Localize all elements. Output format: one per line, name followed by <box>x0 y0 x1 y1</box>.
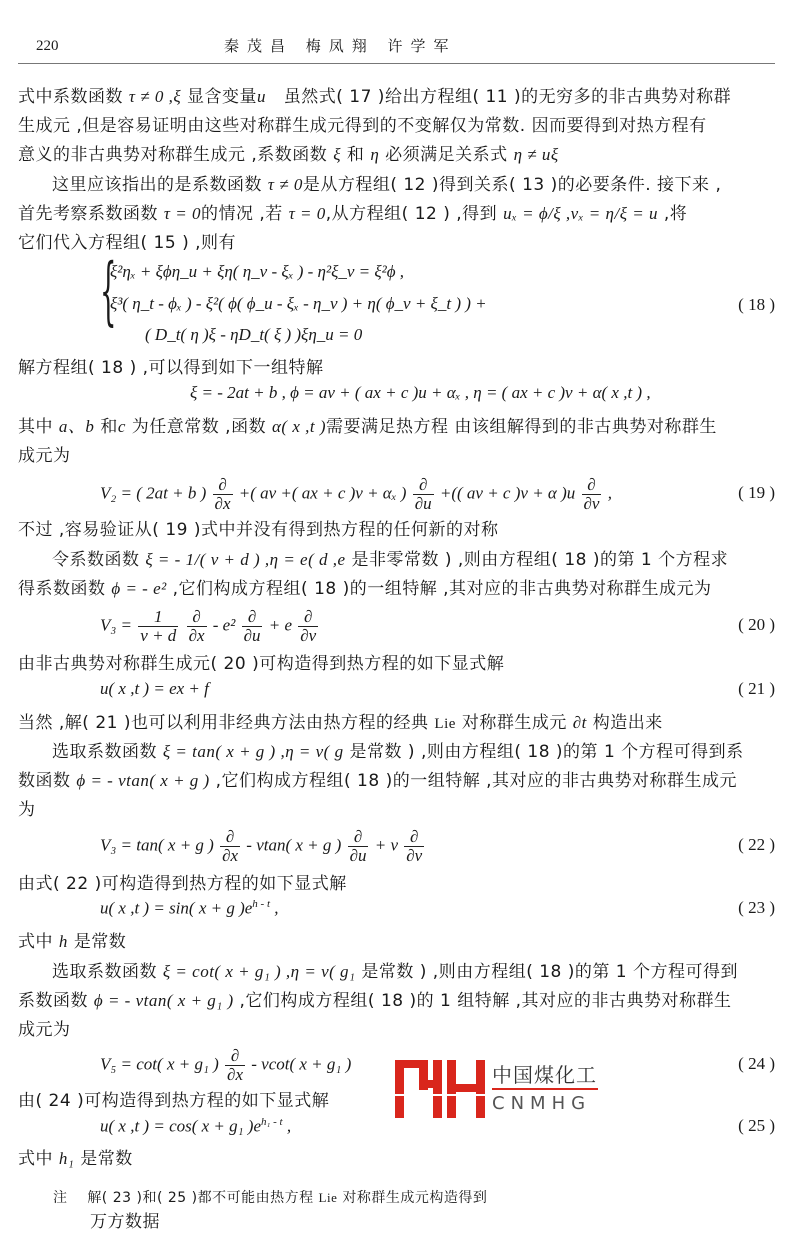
partial-v-fraction: ∂∂v <box>582 476 602 513</box>
watermark-chinese-text: 中国煤化工 <box>492 1059 597 1088</box>
partial-x-fraction: ∂∂x <box>187 608 207 645</box>
partial-v-fraction: ∂∂v <box>298 608 318 645</box>
partial-v-fraction: ∂∂v <box>404 828 424 865</box>
eq18-line-2: ξ³( η_t - ϕₓ ) - ξ²( ϕ( ϕ_u - ξₓ - η_v )… <box>110 294 487 314</box>
paragraph-6-line-2: 得系数函数 ϕ = - e² ,它们构成方程组( 18 )的一组特解 ,其对应的… <box>18 574 712 599</box>
watermark-divider <box>492 1088 598 1090</box>
running-header-authors: 秦茂昌 梅凤翔 许学军 <box>224 35 457 56</box>
source-wanfang: 万方数据 <box>90 1207 160 1232</box>
partial-u-fraction: ∂∂u <box>242 608 263 645</box>
paragraph-10: 由式( 22 )可构造得到热方程的如下显式解 <box>18 869 347 894</box>
paragraph-5: 不过 ,容易验证从( 19 )式中并没有得到热方程的任何新的对称 <box>18 515 499 540</box>
paragraph-2-line-3: 它们代入方程组( 15 ) ,则有 <box>18 228 236 253</box>
eq18-line-1: ξ²ηₓ + ξϕη_u + ξη( η_v - ξₓ ) - η²ξ_v = … <box>110 262 404 282</box>
paragraph-9-line-2: 数函数 ϕ = - vtan( x + g ) ,它们构成方程组( 18 )的一… <box>18 766 737 791</box>
paragraph-12-line-3: 成元为 <box>18 1015 71 1040</box>
paragraph-11: 式中 h 是常数 <box>18 927 126 952</box>
equation-number-25: ( 25 ) <box>738 1116 775 1136</box>
paragraph-1-line-3: 意义的非古典势对称群生成元 ,系数函数 ξ 和 η 必须满足关系式 η ≠ uξ <box>18 140 559 165</box>
equation-number-22: ( 22 ) <box>738 835 775 855</box>
paragraph-13: 由( 24 )可构造得到热方程的如下显式解 <box>18 1086 329 1111</box>
equation-22: V₃ = tan( x + g ) ∂∂x - vtan( x + g ) ∂∂… <box>100 828 426 865</box>
equation-25: u( x ,t ) = cos( x + g₁ )eh₁ - t , <box>100 1116 291 1137</box>
paragraph-4-line-2: 成元为 <box>18 441 71 466</box>
equation-number-20: ( 20 ) <box>738 615 775 635</box>
paragraph-3: 解方程组( 18 ) ,可以得到如下一组特解 <box>18 353 324 378</box>
partial-u-fraction: ∂∂u <box>348 828 369 865</box>
footnote: 注 解( 23 )和( 25 )都不可能由热方程 Lie 对称群生成元构造得到 <box>53 1187 487 1207</box>
paragraph-12-line-2: 系数函数 ϕ = - vtan( x + g₁ ) ,它们构成方程组( 18 )… <box>18 986 732 1011</box>
equation-21: u( x ,t ) = ex + f <box>100 679 209 699</box>
one-over-v-plus-d: 1v + d <box>138 608 178 645</box>
equation-24: V₅ = cot( x + g₁ ) ∂∂x - vcot( x + g₁ ) <box>100 1047 351 1084</box>
eq18-line-3: ( D_t( η )ξ - ηD_t( ξ ) )ξη_u = 0 <box>145 325 362 345</box>
equation-number-18: ( 18 ) <box>738 295 775 315</box>
cnmhg-watermark-logo: 中国煤化工 CNMHG <box>395 1058 605 1118</box>
paragraph-4-line-1: 其中 a、b 和c 为任意常数 ,函数 α( x ,t )需要满足热方程 由该组… <box>18 412 717 437</box>
equation-number-19: ( 19 ) <box>738 483 775 503</box>
paragraph-12-line-1: 选取系数函数 ξ = cot( x + g₁ ) ,η = v( g₁ 是常数 … <box>52 957 738 982</box>
partial-x-fraction: ∂∂x <box>225 1047 245 1084</box>
paragraph-14: 式中 h₁ 是常数 <box>18 1144 133 1169</box>
paragraph-8: 当然 ,解( 21 )也可以利用非经典方法由热方程的经典 Lie 对称群生成元 … <box>18 708 663 733</box>
equation-number-23: ( 23 ) <box>738 898 775 918</box>
watermark-english-text: CNMHG <box>492 1093 591 1114</box>
paragraph-1-line-1: 式中系数函数 τ ≠ 0 ,ξ 显含变量u 虽然式( 17 )给出方程组( 11… <box>18 82 731 107</box>
paragraph-7: 由非古典势对称群生成元( 20 )可构造得到热方程的如下显式解 <box>18 649 504 674</box>
partial-x-fraction: ∂∂x <box>220 828 240 865</box>
paragraph-9-line-3: 为 <box>18 795 36 820</box>
equation-23: u( x ,t ) = sin( x + g )eh - t , <box>100 898 279 919</box>
mh-logo-mark-icon <box>395 1058 487 1118</box>
paragraph-1-line-2: 生成元 ,但是容易证明由这些对称群生成元得到的不变解仅为常数. 因而要得到对热方… <box>18 111 707 136</box>
page-number: 220 <box>36 38 59 55</box>
equation-19: V₂ = ( 2at + b ) ∂∂x +( av +( ax + c )v … <box>100 476 612 513</box>
partial-u-fraction: ∂∂u <box>413 476 434 513</box>
partial-x-fraction: ∂∂x <box>213 476 233 513</box>
paragraph-9-line-1: 选取系数函数 ξ = tan( x + g ) ,η = v( g 是常数 ) … <box>52 737 744 762</box>
header-rule <box>18 63 775 64</box>
paragraph-6-line-1: 令系数函数 ξ = - 1/( v + d ) ,η = e( d ,e 是非零… <box>52 545 728 570</box>
paragraph-2-line-1: 这里应该指出的是系数函数 τ ≠ 0是从方程组( 12 )得到关系( 13 )的… <box>52 170 721 195</box>
equation-number-24: ( 24 ) <box>738 1054 775 1074</box>
paragraph-2-line-2: 首先考察系数函数 τ = 0的情况 ,若 τ = 0,从方程组( 12 ) ,得… <box>18 199 687 224</box>
equation-20: V₃ = 1v + d ∂∂x - e² ∂∂u + e ∂∂v <box>100 608 320 645</box>
special-solution-equation: ξ = - 2at + b , ϕ = av + ( ax + c )u + α… <box>190 383 651 403</box>
equation-number-21: ( 21 ) <box>738 679 775 699</box>
